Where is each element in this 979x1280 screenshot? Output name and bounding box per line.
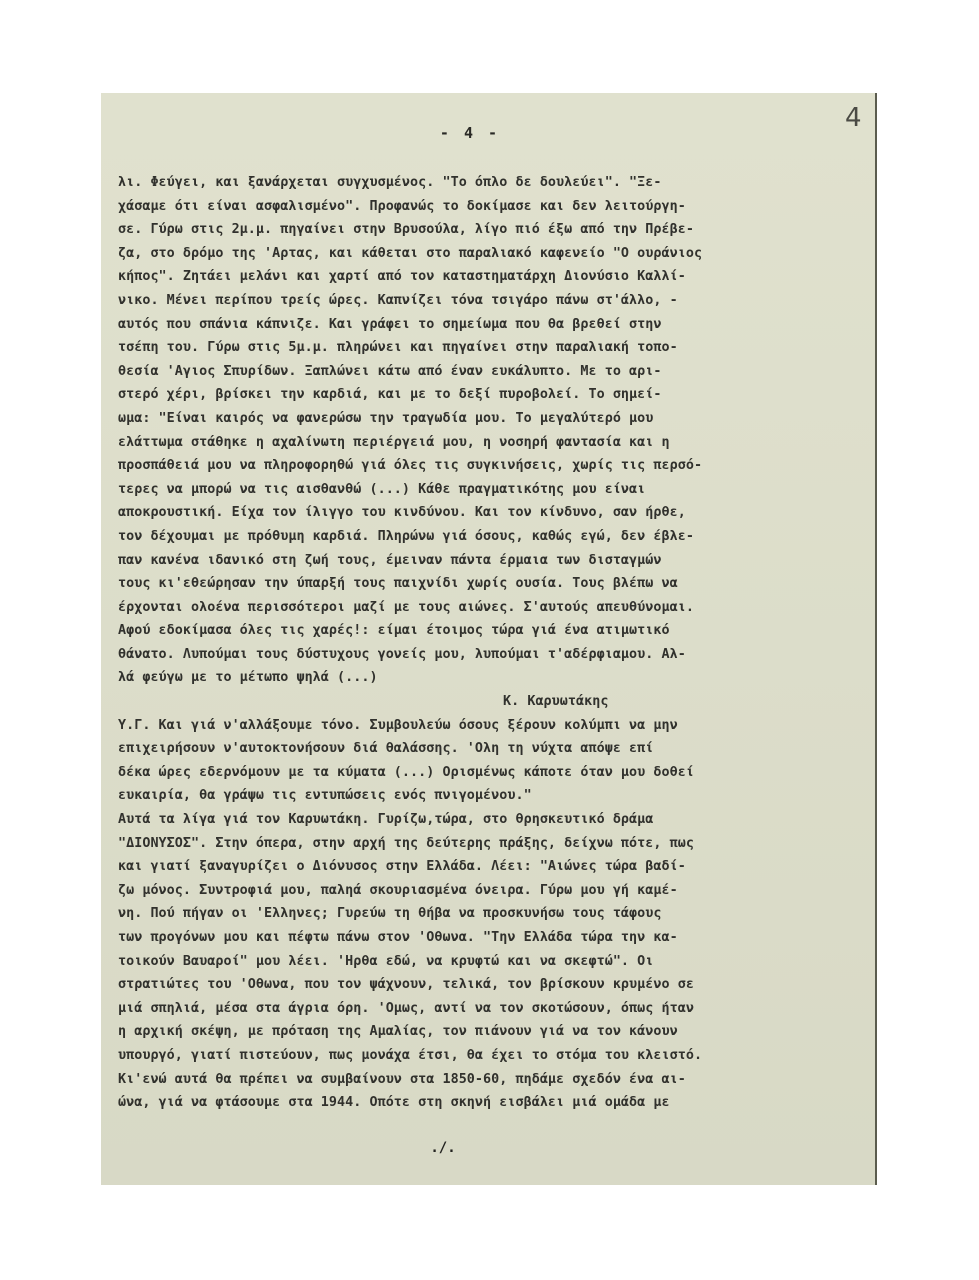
text-line: "ΔΙΟΝΥΣΟΣ". Στην όπερα, στην αρχή της δε… — [118, 832, 863, 856]
text-line: Αφού εδοκίμασα όλες τις χαρές!: είμαι έτ… — [118, 619, 863, 643]
text-line: τον δέχουμαι με πρόθυμη καρδιά. Πληρώνω … — [118, 525, 863, 549]
text-line: νικο. Μένει περίπου τρείς ώρες. Καπνίζει… — [118, 289, 863, 313]
text-line: στρατιώτες του 'Οθωνα, που τον ψάχνουν, … — [118, 973, 863, 997]
text-line: μιά σπηλιά, μέσα στα άγρια όρη. 'Ομως, α… — [118, 997, 863, 1021]
text-line: ωμα: "Είναι καιρός να φανερώσω την τραγω… — [118, 407, 863, 431]
text-line: θάνατο. Λυπούμαι τους δύστυχους γονείς μ… — [118, 643, 863, 667]
text-line: κήπος". Ζητάει μελάνι και χαρτί από τον … — [118, 265, 863, 289]
text-line: Κι'ενώ αυτά θα πρέπει να συμβαίνουν στα … — [118, 1068, 863, 1092]
text-line: τερες να μπορώ να τις αισθανθώ (...) Κάθ… — [118, 478, 863, 502]
body-text: λι. Φεύγει, και ξανάρχεται συγχυσμένος. … — [118, 171, 863, 1115]
text-line: αποκρουστική. Είχα τον ίλιγγο του κινδύν… — [118, 501, 863, 525]
text-line: ευκαιρία, θα γράψω τις εντυπώσεις ενός π… — [118, 784, 863, 808]
page-number: - 4 - — [430, 124, 510, 142]
text-line: τοικούν Βαυαροί" μου λέει. 'Ηρθα εδώ, να… — [118, 950, 863, 974]
text-line: ζα, στο δρόμο της 'Αρτας, και κάθεται στ… — [118, 242, 863, 266]
text-line: Υ.Γ. Και γιά ν'αλλάξουμε τόνο. Συμβουλεύ… — [118, 714, 863, 738]
text-line: τους κι'εθεώρησαν την ύπαρξή τους παιχνί… — [118, 572, 863, 596]
handwritten-page-number: 4 — [845, 103, 862, 133]
text-line: στερό χέρι, βρίσκει την καρδιά, και με τ… — [118, 383, 863, 407]
signature: Κ. Καρυωτάκης — [118, 690, 863, 714]
text-line: επιχειρήσουν ν'αυτοκτονήσουν διά θαλάσση… — [118, 737, 863, 761]
text-line: ελάττωμα στάθηκε η αχαλίνωτη περιέργειά … — [118, 431, 863, 455]
text-line: νη. Πού πήγαν οι 'Ελληνες; Γυρεύω τη θήβ… — [118, 902, 863, 926]
text-line: σε. Γύρω στις 2μ.μ. πηγαίνει στην Βρυσού… — [118, 218, 863, 242]
text-line: των προγόνων μου και πέφτω πάνω στον 'Οθ… — [118, 926, 863, 950]
text-line: χάσαμε ότι είναι ασφαλισμένο". Προφανώς … — [118, 195, 863, 219]
text-line: και γιατί ξαναγυρίζει ο Διόνυσος στην Ελ… — [118, 855, 863, 879]
typewritten-page: 4 - 4 - λι. Φεύγει, και ξανάρχεται συγχυ… — [101, 93, 877, 1185]
text-line: θεσία 'Αγιος Σπυρίδων. Ξαπλώνει κάτω από… — [118, 360, 863, 384]
text-line: παν κανένα ιδανικό στη ζωή τους, έμειναν… — [118, 549, 863, 573]
text-line: έρχονται ολοένα περισσότεροι μαζί με του… — [118, 596, 863, 620]
text-line: αυτός που σπάνια κάπνιζε. Και γράφει το … — [118, 313, 863, 337]
text-line: λι. Φεύγει, και ξανάρχεται συγχυσμένος. … — [118, 171, 863, 195]
text-line: ώνα, γιά να φτάσουμε στα 1944. Οπότε στη… — [118, 1091, 863, 1115]
continuation-mark: ./. — [423, 1140, 463, 1156]
text-line: ζω μόνος. Συντροφιά μου, παληά σκουριασμ… — [118, 879, 863, 903]
text-line: υπουργό, γιατί πιστεύουν, πως μονάχα έτσ… — [118, 1044, 863, 1068]
text-line: λά φεύγω με το μέτωπο ψηλά (...) — [118, 666, 863, 690]
text-line: Αυτά τα λίγα γιά τον Καρυωτάκη. Γυρίζω,τ… — [118, 808, 863, 832]
text-line: δέκα ώρες εδερνόμουν με τα κύματα (...) … — [118, 761, 863, 785]
text-line: προσπάθειά μου να πληροφορηθώ γιά όλες τ… — [118, 454, 863, 478]
text-line: τσέπη του. Γύρω στις 5μ.μ. πληρώνει και … — [118, 336, 863, 360]
text-line: η αρχική σκέψη, με πρόταση της Αμαλίας, … — [118, 1020, 863, 1044]
